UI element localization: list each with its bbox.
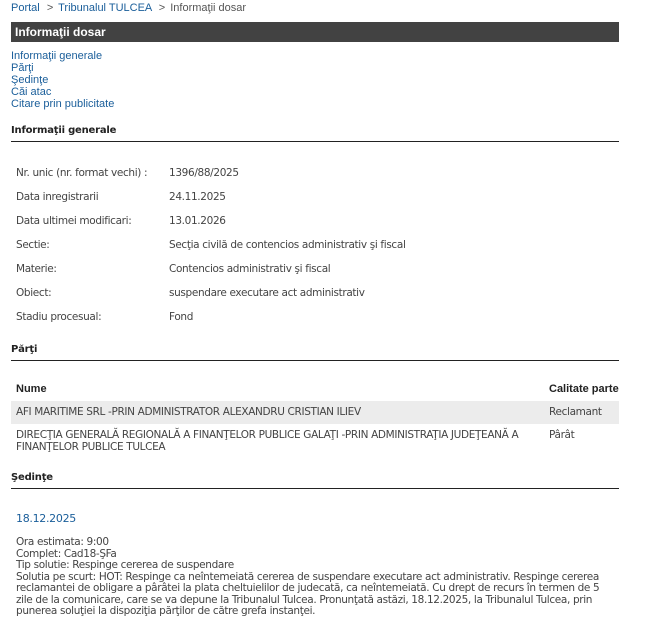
info-value: 1396/88/2025	[169, 161, 406, 185]
info-row-nr-unic: Nr. unic (nr. format vechi) : 1396/88/20…	[11, 161, 406, 185]
breadcrumb-current: Informaţii dosar	[170, 2, 246, 14]
info-row-stadiu-procesual: Stadiu procesual: Fond	[11, 305, 406, 329]
nav-link-informatii-generale[interactable]: Informaţii generale	[11, 50, 619, 62]
info-row-sectie: Sectie: Secţia civilă de contencios admi…	[11, 233, 406, 257]
info-row-data-inregistrarii: Data inregistrarii 24.11.2025	[11, 185, 406, 209]
breadcrumb-link-portal[interactable]: Portal	[11, 2, 40, 14]
info-value: Secţia civilă de contencios administrati…	[169, 233, 406, 257]
info-label: Materie:	[11, 257, 169, 281]
informatii-generale-section: Informaţii generale Nr. unic (nr. format…	[11, 124, 619, 329]
page-title-bar: Informaţii dosar	[11, 22, 619, 42]
info-label: Data ultimei modificari:	[11, 209, 169, 233]
sedinta-solutie-pe-scurt: Solutia pe scurt: HOT: Respinge ca neînt…	[16, 572, 616, 618]
sedinta-details: Ora estimata: 9:00 Complet: Cad18-ŞFa Ti…	[11, 537, 616, 618]
info-value: Contencios administrativ şi fiscal	[169, 257, 406, 281]
info-value: Fond	[169, 305, 406, 329]
info-row-materie: Materie: Contencios administrativ şi fis…	[11, 257, 406, 281]
section-title-parti: Părţi	[11, 343, 619, 361]
informatii-generale-table: Nr. unic (nr. format vechi) : 1396/88/20…	[11, 161, 406, 329]
breadcrumb-separator: >	[159, 2, 165, 14]
breadcrumb-separator: >	[47, 2, 53, 14]
nav-link-parti[interactable]: Părţi	[11, 62, 619, 74]
parti-table: Nume Calitate parte AFI MARITIME SRL -PR…	[11, 376, 619, 459]
info-label: Stadiu procesual:	[11, 305, 169, 329]
nav-link-sedinte[interactable]: Şedinţe	[11, 74, 619, 86]
party-role: Pârât	[549, 424, 619, 459]
table-row: AFI MARITIME SRL -PRIN ADMINISTRATOR ALE…	[11, 401, 619, 424]
column-header-nume: Nume	[11, 376, 549, 401]
nav-link-citare-publicitate[interactable]: Citare prin publicitate	[11, 98, 619, 110]
column-header-calitate-parte: Calitate parte	[549, 376, 619, 401]
parti-section: Părţi Nume Calitate parte AFI MARITIME S…	[11, 343, 619, 459]
info-value: suspendare executare act administrativ	[169, 281, 406, 305]
info-row-data-ultimei-modificari: Data ultimei modificari: 13.01.2026	[11, 209, 406, 233]
info-label: Nr. unic (nr. format vechi) :	[11, 161, 169, 185]
info-value: 13.01.2026	[169, 209, 406, 233]
section-nav: Informaţii generale Părţi Şedinţe Căi at…	[11, 50, 619, 110]
info-row-obiect: Obiect: suspendare executare act adminis…	[11, 281, 406, 305]
info-label: Data inregistrarii	[11, 185, 169, 209]
info-value: 24.11.2025	[169, 185, 406, 209]
section-title-sedinte: Şedinţe	[11, 471, 619, 489]
info-label: Sectie:	[11, 233, 169, 257]
sedinta-tip-solutie: Tip solutie: Respinge cererea de suspend…	[16, 560, 616, 572]
sedinta-ora-estimata: Ora estimata: 9:00	[16, 537, 616, 549]
breadcrumb: Portal > Tribunalul TULCEA > Informaţii …	[11, 0, 619, 16]
section-title-informatii-generale: Informaţii generale	[11, 124, 619, 142]
nav-link-cai-atac[interactable]: Căi atac	[11, 86, 619, 98]
page-container: Portal > Tribunalul TULCEA > Informaţii …	[11, 0, 619, 618]
breadcrumb-link-tribunal[interactable]: Tribunalul TULCEA	[58, 2, 152, 14]
sedinta-date: 18.12.2025	[11, 512, 619, 525]
party-name: AFI MARITIME SRL -PRIN ADMINISTRATOR ALE…	[11, 401, 549, 424]
sedinte-section: Şedinţe 18.12.2025 Ora estimata: 9:00 Co…	[11, 471, 619, 618]
party-role: Reclamant	[549, 401, 619, 424]
party-name: DIRECŢIA GENERALĂ REGIONALĂ A FINANŢELOR…	[11, 424, 549, 459]
parti-header-row: Nume Calitate parte	[11, 376, 619, 401]
table-row: DIRECŢIA GENERALĂ REGIONALĂ A FINANŢELOR…	[11, 424, 619, 459]
page-title: Informaţii dosar	[15, 25, 106, 39]
info-label: Obiect:	[11, 281, 169, 305]
